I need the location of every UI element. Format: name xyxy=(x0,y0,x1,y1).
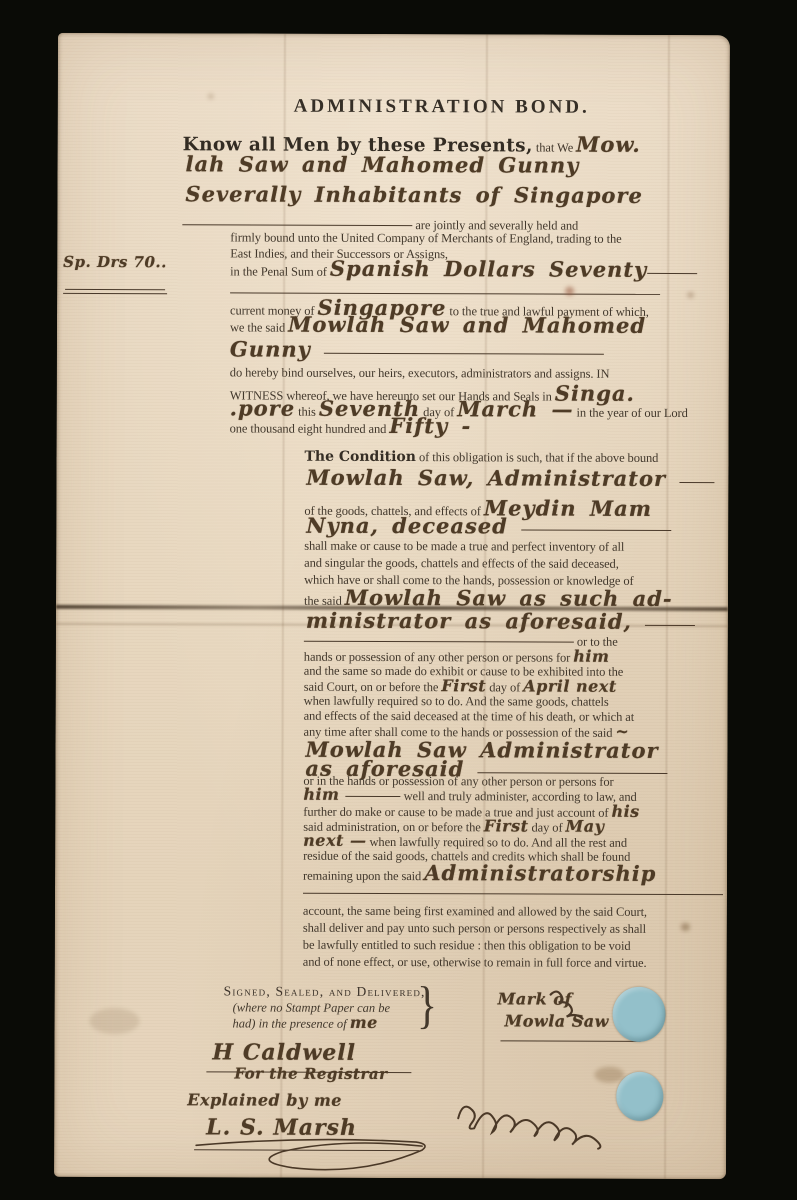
printed-rule xyxy=(182,222,412,226)
printed-text: of this obligation is such, that if the … xyxy=(416,450,658,465)
text-line: The Condition of this obligation is such… xyxy=(304,449,658,466)
printed-text: shall make or cause to be made a true an… xyxy=(304,539,624,554)
text-line: had) in the presence of me xyxy=(233,1014,378,1032)
stain xyxy=(681,923,690,931)
text-line: Nyna, deceased xyxy=(306,515,671,538)
text-line: Signed, Sealed, and Delivered, xyxy=(224,983,426,1000)
handwritten-text: his xyxy=(611,802,639,821)
text-line: be lawfully entitled to such residue : t… xyxy=(303,937,631,954)
native-script-signature xyxy=(452,1090,627,1141)
text-line xyxy=(303,885,723,902)
handwritten-text: Fifty - xyxy=(389,413,471,438)
text-line: Mowlah Saw, Administrator xyxy=(306,467,714,490)
printed-text: well and truly administer, according to … xyxy=(401,789,637,804)
handwritten-text: ministrator as aforesaid, xyxy=(306,608,645,634)
printed-text: and singular the goods, chattels and eff… xyxy=(304,556,619,571)
printed-text: had) in the presence of xyxy=(233,1016,350,1030)
text-line: Explained by me xyxy=(187,1092,342,1110)
printed-text: do hereby bind ourselves, our heirs, exe… xyxy=(230,365,610,380)
stain xyxy=(687,292,694,298)
handwritten-text: Mowlah Saw and Mahomed xyxy=(288,312,646,338)
text-line: remaining upon the said Administratorshi… xyxy=(303,862,656,885)
printed-text: and effects of the said deceased at the … xyxy=(304,709,635,724)
scanned-document-photo: ADMINISTRATION BOND. Know all Men by the… xyxy=(0,0,797,1200)
mowla-saw-mark xyxy=(547,987,587,1017)
stain xyxy=(594,1067,624,1083)
handwritten-text: him xyxy=(303,785,345,804)
printed-text: The Condition xyxy=(304,449,416,465)
handwritten-text: Mowlah Saw, Administrator xyxy=(306,465,679,491)
wafer-seal-top xyxy=(612,987,665,1042)
text-line: and of none effect, or use, otherwise to… xyxy=(303,954,647,971)
text-line: shall deliver and pay unto such person o… xyxy=(303,920,646,937)
stain xyxy=(208,93,214,99)
printed-rule xyxy=(500,1038,640,1041)
margin-note: Sp. Drs 70.. xyxy=(58,33,730,35)
text-line: H Caldwell xyxy=(212,1041,356,1064)
text-line xyxy=(63,285,167,301)
printed-text: Signed, Sealed, and Delivered, xyxy=(224,983,426,999)
document-page: ADMINISTRATION BOND. Know all Men by the… xyxy=(54,33,730,1179)
wafer-seal-bottom xyxy=(616,1072,663,1121)
text-line: and singular the goods, chattels and eff… xyxy=(304,555,619,572)
printed-text: firmly bound unto the United Company of … xyxy=(230,230,621,245)
stain xyxy=(90,1008,140,1034)
signature-flourish xyxy=(192,1129,442,1174)
condition-block: The Condition of this obligation is such… xyxy=(58,33,730,35)
printed-rule xyxy=(324,351,604,355)
text-line: account, the same being first examined a… xyxy=(303,903,647,920)
attestation-brace: } xyxy=(417,976,437,1035)
text-line: we the said Mowlah Saw and Mahomed xyxy=(230,313,646,336)
handwritten-text: March — xyxy=(457,396,573,421)
printed-text: in the year of our Lord xyxy=(573,406,687,420)
text-line: Severally Inhabitants of Singapore xyxy=(185,183,643,207)
printed-text: day of xyxy=(486,680,523,694)
printed-text: shall deliver and pay unto such person o… xyxy=(303,921,646,936)
document-title: ADMINISTRATION BOND. xyxy=(242,95,642,118)
opening-block: Know all Men by these Presents, that We … xyxy=(58,33,730,35)
printed-rule xyxy=(521,527,671,531)
text-line: shall make or cause to be made a true an… xyxy=(304,538,624,555)
text-line: lah Saw and Mahomed Gunny xyxy=(186,153,580,176)
penal-sum-block: firmly bound unto the United Company of … xyxy=(58,33,730,35)
handwritten-text: Nyna, deceased xyxy=(306,513,521,539)
printed-rule xyxy=(304,639,574,643)
printed-text: day of xyxy=(529,820,566,834)
printed-text: one thousand eight hundred and xyxy=(230,421,390,436)
printed-rule xyxy=(679,480,714,483)
printed-text: in the Penal Sum of xyxy=(230,264,330,278)
handwritten-text: Administratorship xyxy=(424,860,656,886)
text-line: firmly bound unto the United Company of … xyxy=(230,229,621,246)
text-line: Gunny xyxy=(230,338,604,361)
printed-text: be lawfully entitled to such residue : t… xyxy=(303,938,631,953)
printed-rule xyxy=(303,891,723,895)
printed-text: and of none effect, or use, otherwise to… xyxy=(303,955,647,970)
handwritten-text: Gunny xyxy=(230,336,324,361)
printed-text: remaining upon the said xyxy=(303,869,424,883)
handwritten-text: For the Registrar xyxy=(234,1064,387,1083)
handwritten-text: Explained by me xyxy=(187,1090,342,1110)
text-line: do hereby bind ourselves, our heirs, exe… xyxy=(230,364,610,381)
printed-rule xyxy=(346,794,401,797)
text-line: one thousand eight hundred and Fifty - xyxy=(230,414,472,437)
stain xyxy=(565,287,574,296)
printed-text: account, the same being first examined a… xyxy=(303,904,647,919)
handwritten-text: Spanish Dollars Seventy xyxy=(330,256,647,282)
handwritten-text: H Caldwell xyxy=(212,1039,356,1066)
attestation-block: Signed, Sealed, and Delivered,(where no … xyxy=(58,33,730,35)
printed-rule xyxy=(63,291,167,294)
text-line: Sp. Drs 70.. xyxy=(63,255,167,271)
text-line: ministrator as aforesaid, xyxy=(306,610,695,633)
printed-text: we the said xyxy=(230,320,288,334)
handwritten-text: lah Saw and Mahomed Gunny xyxy=(185,151,579,177)
handwritten-text: me xyxy=(350,1013,378,1032)
text-line: For the Registrar xyxy=(234,1066,387,1083)
handwritten-text: Mow. xyxy=(576,132,641,157)
text-line: in the Penal Sum of Spanish Dollars Seve… xyxy=(230,257,697,281)
printed-rule xyxy=(647,271,697,274)
text-line xyxy=(500,1032,640,1048)
handwritten-text: Sp. Drs 70.. xyxy=(63,253,167,271)
handwritten-text: Severally Inhabitants of Singapore xyxy=(185,181,643,208)
printed-text: when lawfully required so to do. And the… xyxy=(304,694,609,709)
